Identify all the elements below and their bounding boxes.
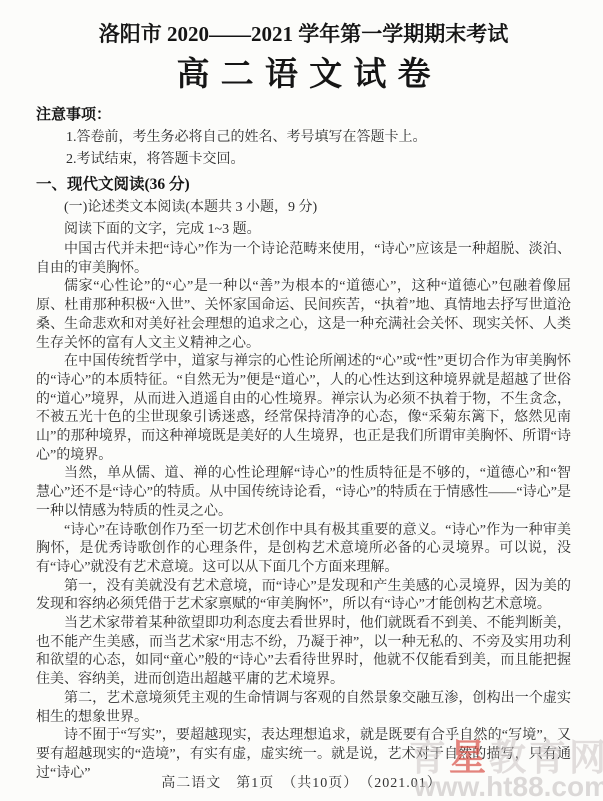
- page-footer: 高二语文 第1页 （共10页） （2021.01）: [0, 772, 603, 792]
- body-paragraph-3: 在中国传统哲学中，道家与禅宗的心性论所阐述的“心”或“性”更切合作为审美胸怀的“…: [36, 353, 571, 465]
- body-paragraph-6: 第一，没有美就没有艺术意境，而“诗心”是发现和产生美感的心灵境界，因为美的发现和…: [36, 578, 571, 615]
- subsection-heading: (一)论述类文本阅读(本题共 3 小题，9 分): [36, 197, 571, 219]
- exam-paper-page: 洛阳市 2020——2021 学年第一学期期末考试 高二语文试卷 注意事项： 1…: [0, 0, 603, 801]
- reading-instruction: 阅读下面的文字，完成 1~3 题。: [36, 219, 571, 241]
- body-paragraph-4: 当然，单从儒、道、禅的心性论理解“诗心”的性质特征是不够的，“道德心”和“智慧心…: [36, 465, 571, 521]
- paper-title: 高二语文试卷: [36, 54, 571, 96]
- body-paragraph-8: 第二，艺术意境须凭主观的生命情调与客观的自然景象交融互渗，创构出一个虚实相生的想…: [36, 690, 571, 727]
- body-paragraph-1: 中国古代并未把“诗心”作为一个诗论范畴来使用，“诗心”应该是一种超脱、淡泊、自由…: [36, 241, 571, 278]
- notice-item-2: 2.考试结束，将答题卡交回。: [36, 149, 571, 171]
- notice-heading: 注意事项：: [36, 104, 571, 127]
- body-paragraph-7: 当艺术家带着某种欲望即功利态度去看世界时，他们就既看不到美、不能判断美，也不能产…: [36, 615, 571, 690]
- section-heading-modern-reading: 一、现代文阅读(36 分): [36, 173, 571, 197]
- body-paragraph-2: 儒家“心性论”的“心”是一种以“善”为根本的“道德心”，这种“道德心”包融着像屈…: [36, 278, 571, 353]
- page-footer-text: 高二语文 第1页 （共10页） （2021.01）: [161, 776, 442, 791]
- exam-session-title: 洛阳市 2020——2021 学年第一学期期末考试: [36, 20, 571, 48]
- body-paragraph-5: “诗心”在诗歌创作乃至一切艺术创作中具有极其重要的意义。“诗心”作为一种审美胸怀…: [36, 522, 571, 578]
- notice-item-1: 1.答卷前，考生务必将自己的姓名、考号填写在答题卡上。: [36, 127, 571, 149]
